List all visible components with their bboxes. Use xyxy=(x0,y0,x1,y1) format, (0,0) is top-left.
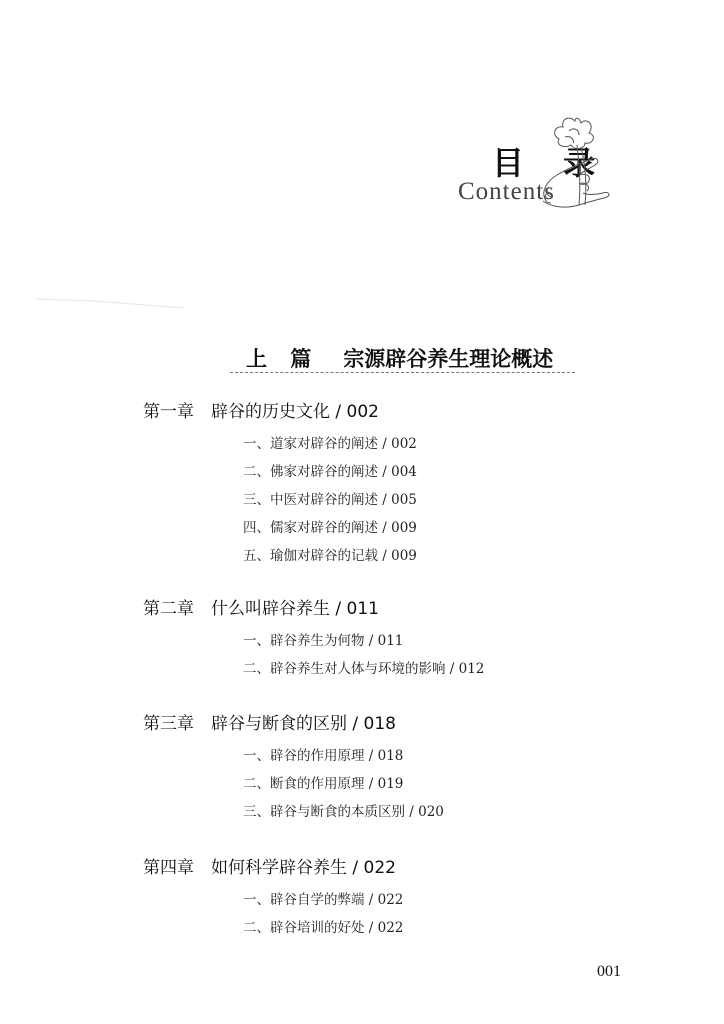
section-item[interactable]: 二、辟谷培训的好处 / 022 xyxy=(243,914,403,942)
scan-smudge xyxy=(35,297,185,309)
section-item[interactable]: 四、儒家对辟谷的阐述 / 009 xyxy=(243,514,417,542)
hand-flower-icon xyxy=(535,113,615,213)
chapter-name: 辟谷与断食的区别 / 018 xyxy=(211,714,396,734)
part-heading: 上 篇宗源辟谷养生理论概述 xyxy=(246,343,553,373)
section-item[interactable]: 一、道家对辟谷的阐述 / 002 xyxy=(243,430,417,458)
section-item[interactable]: 二、断食的作用原理 / 019 xyxy=(243,770,444,798)
chapter-number: 第四章 xyxy=(143,856,211,880)
chapter-2: 第二章什么叫辟谷养生 / 011 一、辟谷养生为何物 / 011 二、辟谷养生对… xyxy=(143,597,484,683)
chapter-name: 如何科学辟谷养生 / 022 xyxy=(211,858,396,878)
section-item[interactable]: 三、辟谷与断食的本质区别 / 020 xyxy=(243,798,444,826)
section-item[interactable]: 一、辟谷养生为何物 / 011 xyxy=(243,627,484,655)
chapter-name: 辟谷的历史文化 / 002 xyxy=(211,402,379,422)
page-number: 001 xyxy=(597,963,621,981)
chapter-number: 第三章 xyxy=(143,712,211,736)
chapter-title[interactable]: 第四章如何科学辟谷养生 / 022 xyxy=(143,856,403,880)
part-title: 宗源辟谷养生理论概述 xyxy=(343,346,553,371)
chapter-title[interactable]: 第二章什么叫辟谷养生 / 011 xyxy=(143,597,484,621)
chapter-title[interactable]: 第三章辟谷与断食的区别 / 018 xyxy=(143,712,444,736)
chapter-number: 第二章 xyxy=(143,597,211,621)
chapter-name: 什么叫辟谷养生 / 011 xyxy=(211,599,379,619)
chapter-number: 第一章 xyxy=(143,400,211,424)
section-item[interactable]: 二、辟谷养生对人体与环境的影响 / 012 xyxy=(243,655,484,683)
section-item[interactable]: 五、瑜伽对辟谷的记载 / 009 xyxy=(243,542,417,570)
section-item[interactable]: 一、辟谷自学的弊端 / 022 xyxy=(243,886,403,914)
part-label: 上 篇 xyxy=(246,346,319,371)
section-item[interactable]: 一、辟谷的作用原理 / 018 xyxy=(243,742,444,770)
chapter-4: 第四章如何科学辟谷养生 / 022 一、辟谷自学的弊端 / 022 二、辟谷培训… xyxy=(143,856,403,942)
chapter-1: 第一章辟谷的历史文化 / 002 一、道家对辟谷的阐述 / 002 二、佛家对辟… xyxy=(143,400,417,570)
chapter-title[interactable]: 第一章辟谷的历史文化 / 002 xyxy=(143,400,417,424)
section-item[interactable]: 三、中医对辟谷的阐述 / 005 xyxy=(243,486,417,514)
section-item[interactable]: 二、佛家对辟谷的阐述 / 004 xyxy=(243,458,417,486)
chapter-3: 第三章辟谷与断食的区别 / 018 一、辟谷的作用原理 / 018 二、断食的作… xyxy=(143,712,444,826)
part-divider xyxy=(230,372,575,373)
